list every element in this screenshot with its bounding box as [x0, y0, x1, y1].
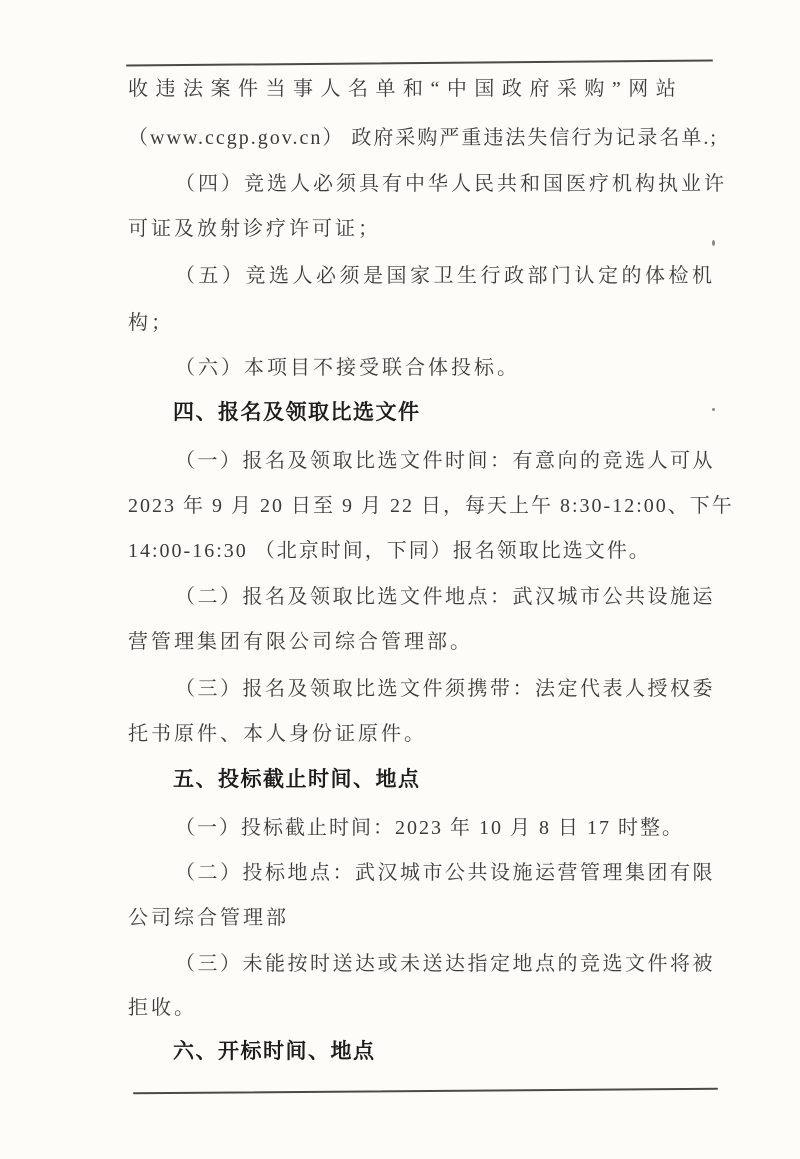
- section-heading-4: 四、报名及领取比选文件: [128, 401, 728, 425]
- doc-line: （三）报名及领取比选文件须携带：法定代表人授权委: [128, 677, 728, 701]
- doc-line: （二）投标地点：武汉城市公共设施运营管理集团有限: [128, 861, 728, 885]
- section-heading-5: 五、投标截止时间、地点: [128, 768, 728, 792]
- doc-line: 拒收。: [128, 996, 728, 1020]
- doc-line: 构；: [128, 311, 728, 335]
- doc-line: （三）未能按时送达或未送达指定地点的竞选文件将被: [128, 952, 728, 976]
- doc-line: 营管理集团有限公司综合管理部。: [128, 630, 728, 654]
- header-rule: [126, 59, 713, 66]
- doc-line: 2023 年 9 月 20 日至 9 月 22 日，每天上午 8:30-12:0…: [128, 494, 728, 518]
- doc-line: 14:00-16:30 （北京时间，下同）报名领取比选文件。: [128, 539, 728, 563]
- doc-line: （五）竞选人必须是国家卫生行政部门认定的体检机: [128, 264, 728, 288]
- doc-line: （一）报名及领取比选文件时间：有意向的竞选人可从: [128, 449, 728, 473]
- doc-line: （二）报名及领取比选文件地点：武汉城市公共设施运: [128, 585, 728, 609]
- footer-rule: [133, 1088, 718, 1095]
- doc-line: 收违法案件当事人名单和“中国政府采购”网站: [128, 77, 728, 101]
- doc-line: 可证及放射诊疗许可证；: [128, 217, 728, 241]
- doc-line: （六）本项目不接受联合体投标。: [128, 356, 728, 380]
- scan-speck: [712, 240, 715, 246]
- doc-line: 公司综合管理部: [128, 906, 728, 930]
- section-heading-6: 六、开标时间、地点: [128, 1040, 728, 1064]
- scanned-document-page: 收违法案件当事人名单和“中国政府采购”网站 （www.ccgp.gov.cn） …: [0, 0, 800, 1159]
- doc-line: （www.ccgp.gov.cn） 政府采购严重违法失信行为记录名单.;: [128, 126, 728, 150]
- doc-line: （四）竞选人必须具有中华人民共和国医疗机构执业许: [128, 172, 728, 196]
- doc-line: （一）投标截止时间：2023 年 10 月 8 日 17 时整。: [128, 816, 728, 840]
- scan-speck: [712, 408, 715, 411]
- doc-line: 托书原件、本人身份证原件。: [128, 722, 728, 746]
